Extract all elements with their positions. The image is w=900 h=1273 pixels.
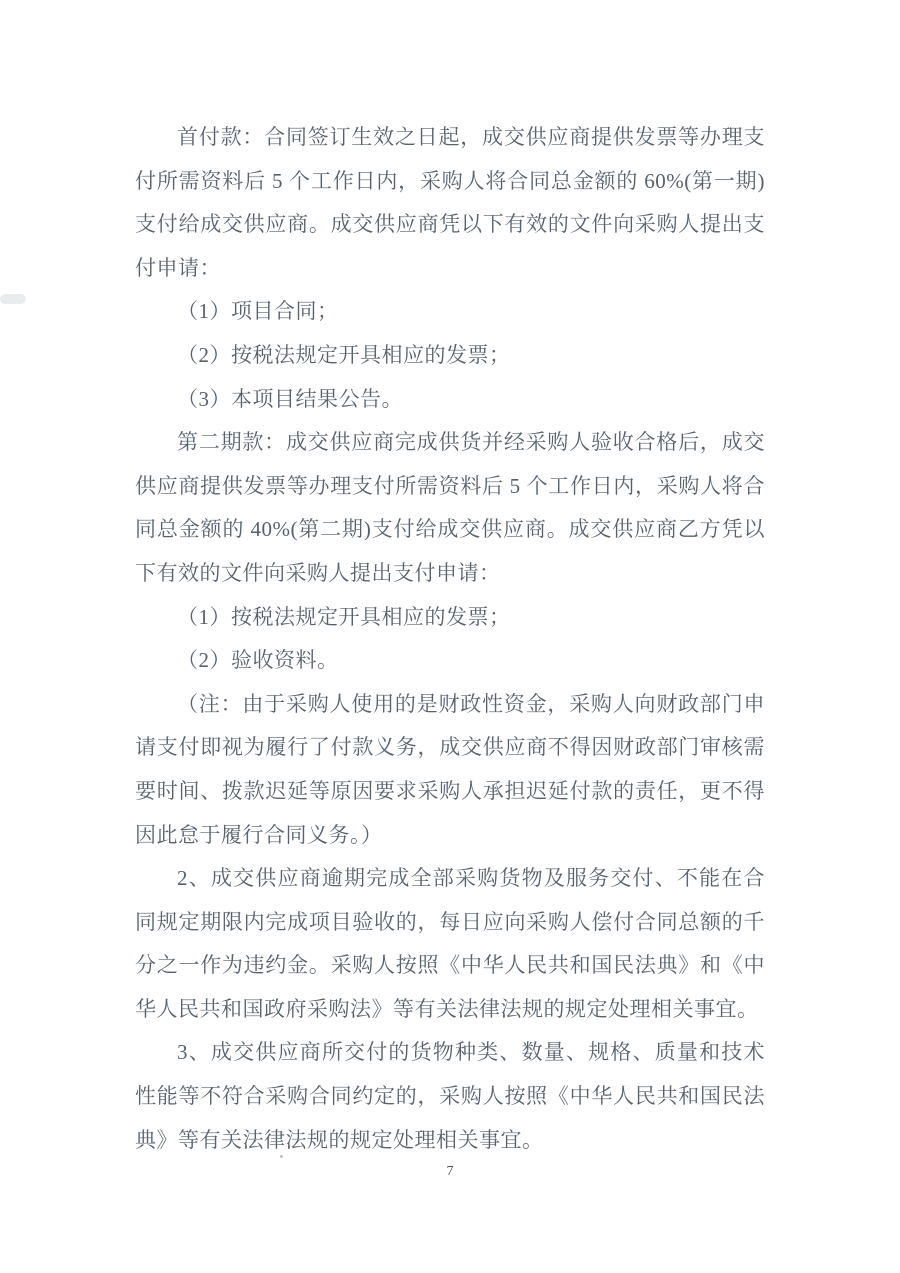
second-payment-list-item-2: （2）验收资料。	[135, 639, 765, 683]
first-payment-list-item-1: （1）项目合同；	[135, 290, 765, 334]
document-page: 首付款：合同签订生效之日起，成交供应商提供发票等办理支付所需资料后 5 个工作日…	[0, 0, 900, 1273]
first-payment-list-item-3: （3）本项目结果公告。	[135, 378, 765, 422]
para-second-payment: 第二期款：成交供应商完成供货并经采购人验收合格后，成交供应商提供发票等办理支付所…	[135, 421, 765, 595]
scan-artifact-dot	[280, 1155, 283, 1158]
contract-text-block: 首付款：合同签订生效之日起，成交供应商提供发票等办理支付所需资料后 5 个工作日…	[135, 116, 765, 1162]
para-first-payment: 首付款：合同签订生效之日起，成交供应商提供发票等办理支付所需资料后 5 个工作日…	[135, 116, 765, 290]
page-number: 7	[0, 1164, 900, 1180]
para-clause-3-nonconforming-goods: 3、成交供应商所交付的货物种类、数量、规格、质量和技术性能等不符合采购合同约定的…	[135, 1031, 765, 1162]
para-clause-2-late-delivery: 2、成交供应商逾期完成全部采购货物及服务交付、不能在合同规定期限内完成项目验收的…	[135, 857, 765, 1031]
first-payment-list-item-2: （2）按税法规定开具相应的发票；	[135, 334, 765, 378]
scan-artifact-smudge	[0, 294, 26, 304]
para-note-fiscal-funds: （注：由于采购人使用的是财政性资金，采购人向财政部门申请支付即视为履行了付款义务…	[135, 683, 765, 857]
second-payment-list-item-1: （1）按税法规定开具相应的发票；	[135, 596, 765, 640]
